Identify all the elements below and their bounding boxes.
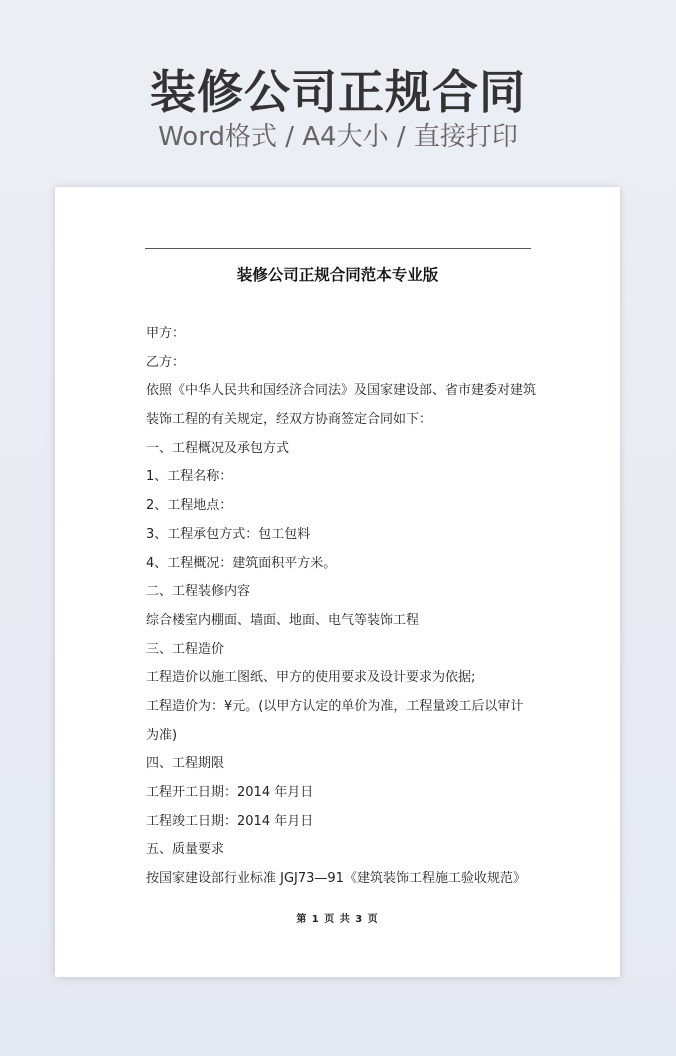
document-title: 装修公司正规合同范本专业版: [55, 263, 620, 287]
contract-method-line: 3、工程承包方式：包工包料: [146, 521, 546, 550]
preamble-line-2: 装饰工程的有关规定，经双方协商签定合同如下：: [146, 406, 546, 435]
cost-amount-line-1: 工程造价为：¥元。(以甲方认定的单价为准，工程量竣工后以审计: [146, 693, 546, 722]
cost-amount-line-2: 为准): [146, 722, 546, 751]
document-body: 甲方： 乙方： 依照《中华人民共和国经济合同法》及国家建设部、省市建委对建筑 装…: [146, 320, 546, 894]
quality-standard-line: 按国家建设部行业标准 JGJ73—91《建筑装饰工程施工验收规范》: [146, 865, 546, 894]
section-1-heading: 一、工程概况及承包方式: [146, 435, 546, 464]
page-number-footer: 第 1 页 共 3 页: [55, 912, 620, 928]
section-5-heading: 五、质量要求: [146, 836, 546, 865]
section-2-heading: 二、工程装修内容: [146, 578, 546, 607]
party-a-line: 甲方：: [146, 320, 546, 349]
project-name-line: 1、工程名称：: [146, 463, 546, 492]
preamble-line-1: 依照《中华人民共和国经济合同法》及国家建设部、省市建委对建筑: [146, 377, 546, 406]
decoration-content-line: 综合楼室内棚面、墙面、地面、电气等装饰工程: [146, 607, 546, 636]
section-4-heading: 四、工程期限: [146, 750, 546, 779]
project-overview-line: 4、工程概况：建筑面积平方米。: [146, 550, 546, 579]
hero-subtitle: Word格式 / A4大小 / 直接打印: [0, 118, 676, 156]
hero-title: 装修公司正规合同: [0, 62, 676, 122]
section-3-heading: 三、工程造价: [146, 636, 546, 665]
cost-basis-line: 工程造价以施工图纸、甲方的使用要求及设计要求为依据;: [146, 664, 546, 693]
header-rule: [145, 248, 531, 249]
document-page: 装修公司正规合同范本专业版 甲方： 乙方： 依照《中华人民共和国经济合同法》及国…: [55, 187, 620, 977]
project-location-line: 2、工程地点：: [146, 492, 546, 521]
party-b-line: 乙方：: [146, 349, 546, 378]
completion-date-line: 工程竣工日期：2014 年月日: [146, 808, 546, 837]
start-date-line: 工程开工日期：2014 年月日: [146, 779, 546, 808]
